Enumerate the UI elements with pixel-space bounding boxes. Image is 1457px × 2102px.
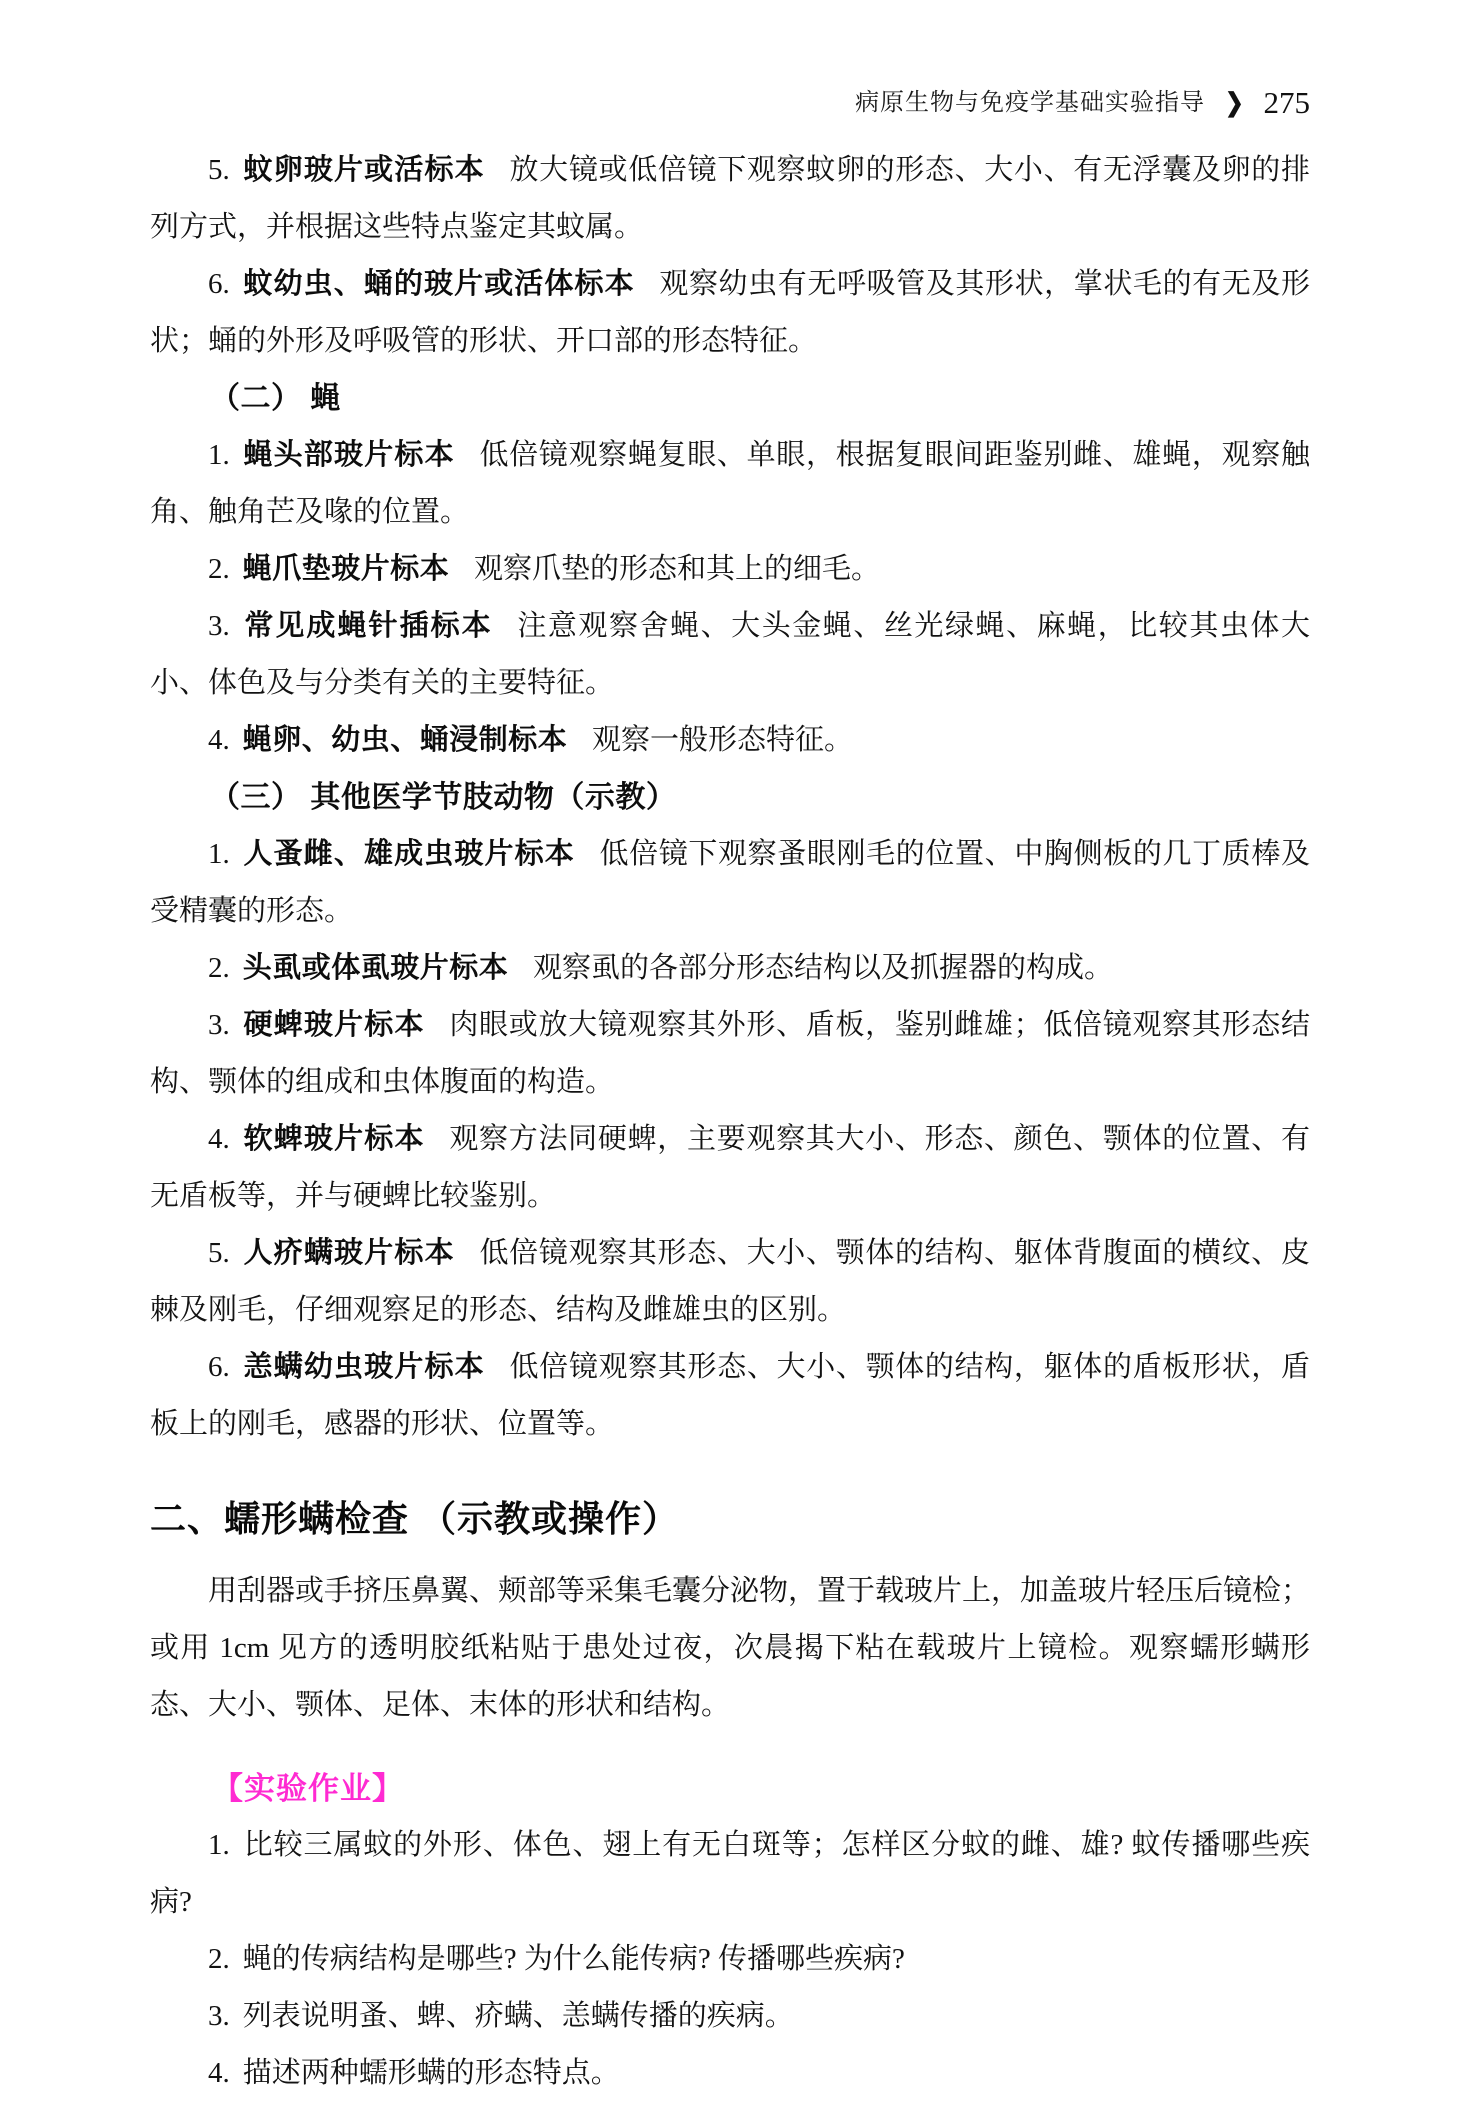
document-page: 病原生物与免疫学基础实验指导 ❯ 275 5.蚊卵玻片或活标本放大镜或低倍镜下观…	[0, 0, 1457, 2047]
item-number: 4.	[208, 1123, 230, 1155]
item-number: 2.	[208, 553, 230, 585]
item-text: 比较三属蚊的外形、体色、翅上有无白斑等；怎样区分蚊的雌、雄? 蚊传播哪些疾病?	[150, 1829, 1310, 1918]
subsection-heading-other-arthropods: （三） 其他医学节肢动物（示教）	[150, 769, 1310, 826]
item-label: 蚊卵玻片或活标本	[243, 154, 485, 186]
page-number: 275	[1264, 86, 1311, 120]
paragraph-demodex-procedure: 用刮器或手挤压鼻翼、颊部等采集毛囊分泌物，置于载玻片上，加盖玻片轻压后镜检；或用…	[150, 1563, 1310, 1734]
item-number: 5.	[208, 1237, 230, 1269]
item-number: 1.	[208, 838, 230, 870]
item-number: 2.	[208, 952, 230, 984]
item-number: 5.	[208, 154, 230, 186]
item-label: 蝇爪垫玻片标本	[243, 553, 450, 585]
item-number: 3.	[208, 2000, 230, 2032]
list-item: 2.头虱或体虱玻片标本观察虱的各部分形态结构以及抓握器的构成。	[150, 940, 1310, 997]
item-text: 观察爪垫的形态和其上的细毛。	[474, 553, 880, 585]
item-label: 蚊幼虫、蛹的玻片或活体标本	[243, 268, 635, 300]
item-label: 蝇卵、幼虫、蛹浸制标本	[243, 724, 568, 756]
item-label: 蝇头部玻片标本	[243, 439, 455, 471]
section-heading-demodex-exam: 二、蠕形螨检查 （示教或操作）	[150, 1489, 1310, 1549]
list-item: 5.人疥螨玻片标本低倍镜观察其形态、大小、颚体的结构、躯体背腹面的横纹、皮棘及刚…	[150, 1225, 1310, 1339]
item-label: 常见成蝇针插标本	[243, 610, 493, 642]
item-text: 蝇的传病结构是哪些? 为什么能传病? 传播哪些疾病?	[243, 1943, 905, 1975]
list-item: 4.软蜱玻片标本观察方法同硬蜱，主要观察其大小、形态、颜色、颚体的位置、有无盾板…	[150, 1111, 1310, 1225]
assignment-item: 1.比较三属蚊的外形、体色、翅上有无白斑等；怎样区分蚊的雌、雄? 蚊传播哪些疾病…	[150, 1817, 1310, 1931]
item-label: 软蜱玻片标本	[243, 1123, 425, 1155]
list-item: 6.蚊幼虫、蛹的玻片或活体标本观察幼虫有无呼吸管及其形状，掌状毛的有无及形状；蛹…	[150, 256, 1310, 370]
item-number: 6.	[208, 268, 230, 300]
assignment-item: 2.蝇的传病结构是哪些? 为什么能传病? 传播哪些疾病?	[150, 1931, 1310, 1988]
item-text: 列表说明蚤、蜱、疥螨、恙螨传播的疾病。	[243, 2000, 794, 2032]
item-label: 头虱或体虱玻片标本	[243, 952, 509, 984]
assignment-item: 4.描述两种蠕形螨的形态特点。	[150, 2045, 1310, 2102]
list-item: 3.硬蜱玻片标本肉眼或放大镜观察其外形、盾板，鉴别雌雄；低倍镜观察其形态结构、颚…	[150, 997, 1310, 1111]
running-header: 病原生物与免疫学基础实验指导 ❯ 275	[150, 86, 1310, 120]
list-item: 1.人蚤雌、雄成虫玻片标本低倍镜下观察蚤眼刚毛的位置、中胸侧板的几丁质棒及受精囊…	[150, 826, 1310, 940]
list-item: 4.蝇卵、幼虫、蛹浸制标本观察一般形态特征。	[150, 712, 1310, 769]
list-item: 2.蝇爪垫玻片标本观察爪垫的形态和其上的细毛。	[150, 541, 1310, 598]
item-number: 2.	[208, 1943, 230, 1975]
item-number: 4.	[208, 2057, 230, 2089]
item-label: 人蚤雌、雄成虫玻片标本	[243, 838, 575, 870]
chevron-right-icon: ❯	[1225, 83, 1243, 122]
item-number: 6.	[208, 1351, 230, 1383]
assignment-item: 3.列表说明蚤、蜱、疥螨、恙螨传播的疾病。	[150, 1988, 1310, 2045]
list-item: 3.常见成蝇针插标本注意观察舍蝇、大头金蝇、丝光绿蝇、麻蝇，比较其虫体大小、体色…	[150, 598, 1310, 712]
item-number: 4.	[208, 724, 230, 756]
item-label: 恙螨幼虫玻片标本	[243, 1351, 485, 1383]
item-label: 硬蜱玻片标本	[243, 1009, 425, 1041]
running-header-title: 病原生物与免疫学基础实验指导	[855, 86, 1205, 120]
list-item: 6.恙螨幼虫玻片标本低倍镜观察其形态、大小、颚体的结构，躯体的盾板形状，盾板上的…	[150, 1339, 1310, 1453]
assignment-heading: 【实验作业】	[150, 1760, 1310, 1817]
item-number: 3.	[208, 1009, 230, 1041]
item-text: 观察一般形态特征。	[592, 724, 853, 756]
subsection-heading-flies: （二） 蝇	[150, 370, 1310, 427]
item-text: 描述两种蠕形螨的形态特点。	[243, 2057, 620, 2089]
item-number: 3.	[208, 610, 230, 642]
item-text: 观察虱的各部分形态结构以及抓握器的构成。	[533, 952, 1113, 984]
item-number: 1.	[208, 439, 230, 471]
list-item: 5.蚊卵玻片或活标本放大镜或低倍镜下观察蚊卵的形态、大小、有无浮囊及卵的排列方式…	[150, 142, 1310, 256]
item-label: 人疥螨玻片标本	[243, 1237, 455, 1269]
item-number: 1.	[208, 1829, 230, 1861]
list-item: 1.蝇头部玻片标本低倍镜观察蝇复眼、单眼，根据复眼间距鉴别雌、雄蝇，观察触角、触…	[150, 427, 1310, 541]
